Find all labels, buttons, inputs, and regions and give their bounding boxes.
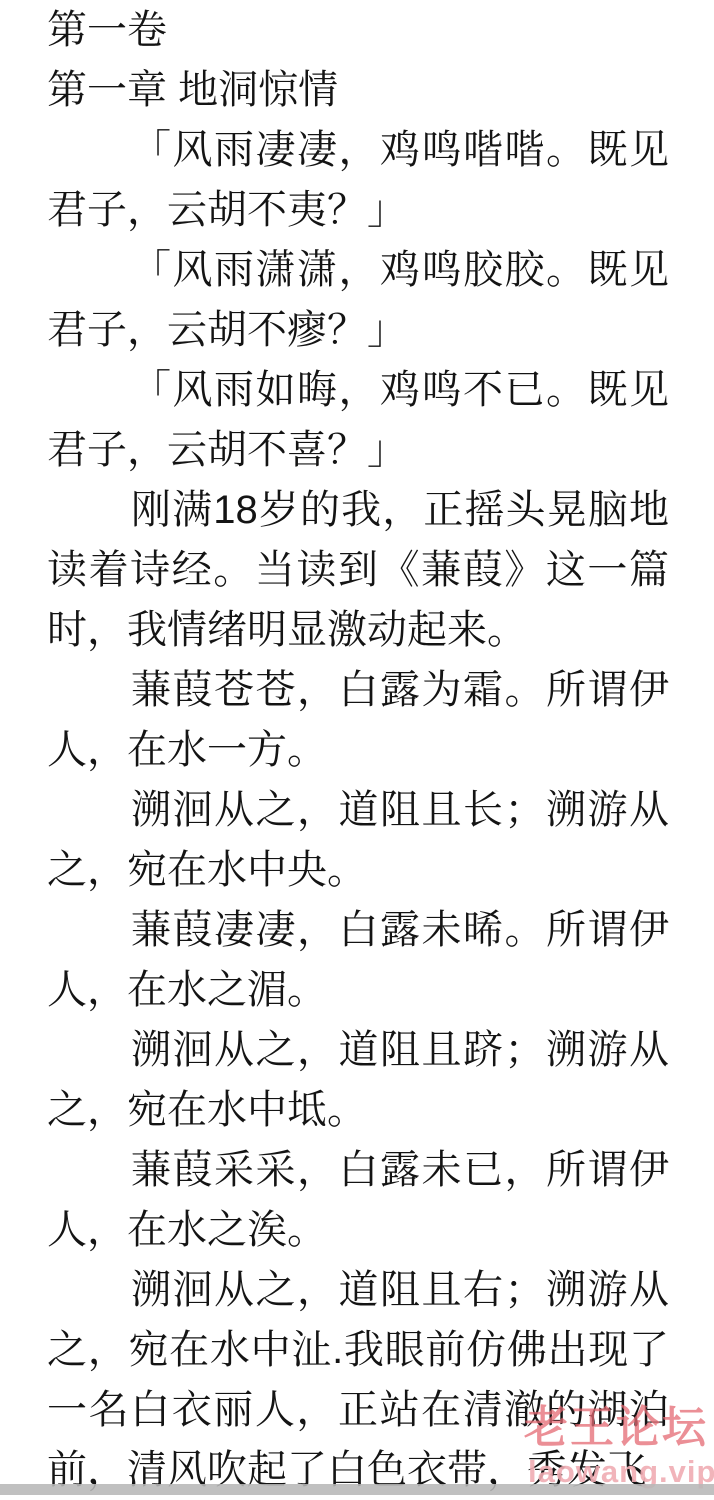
paragraph: 蒹葭凄凄，白露未晞。所谓伊人，在水之湄。 [47,900,669,1020]
reader-page: 第一卷 第一章 地洞惊情 「风雨凄凄，鸡鸣喈喈。既见君子，云胡不夷？」「风雨潇潇… [47,0,669,1500]
paragraph: 「风雨如晦，鸡鸣不已。既见君子，云胡不喜？」 [47,360,669,480]
paragraph: 刚满18岁的我，正摇头晃脑地读着诗经。当读到《蒹葭》这一篇时，我情绪明显激动起来… [47,480,669,660]
paragraph: 「风雨凄凄，鸡鸣喈喈。既见君子，云胡不夷？」 [47,120,669,240]
paragraph: 溯洄从之，道阻且跻；溯游从之，宛在水中坻。 [47,1020,669,1140]
paragraph: 蒹葭采采，白露未已，所谓伊人，在水之涘。 [47,1140,669,1260]
paragraph: 溯洄从之，道阻且右；溯游从之，宛在水中沚.我眼前仿佛出现了一名白衣丽人，正站在清… [47,1260,669,1500]
volume-title: 第一卷 [47,0,669,60]
chapter-title: 第一章 地洞惊情 [47,60,669,120]
bottom-progress-bar[interactable] [0,1484,714,1495]
paragraph: 溯洄从之，道阻且长；溯游从之，宛在水中央。 [47,780,669,900]
paragraph: 蒹葭苍苍，白露为霜。所谓伊人，在水一方。 [47,660,669,780]
paragraph: 「风雨潇潇，鸡鸣胶胶。既见君子，云胡不瘳？」 [47,240,669,360]
chapter-body: 「风雨凄凄，鸡鸣喈喈。既见君子，云胡不夷？」「风雨潇潇，鸡鸣胶胶。既见君子，云胡… [47,120,669,1500]
